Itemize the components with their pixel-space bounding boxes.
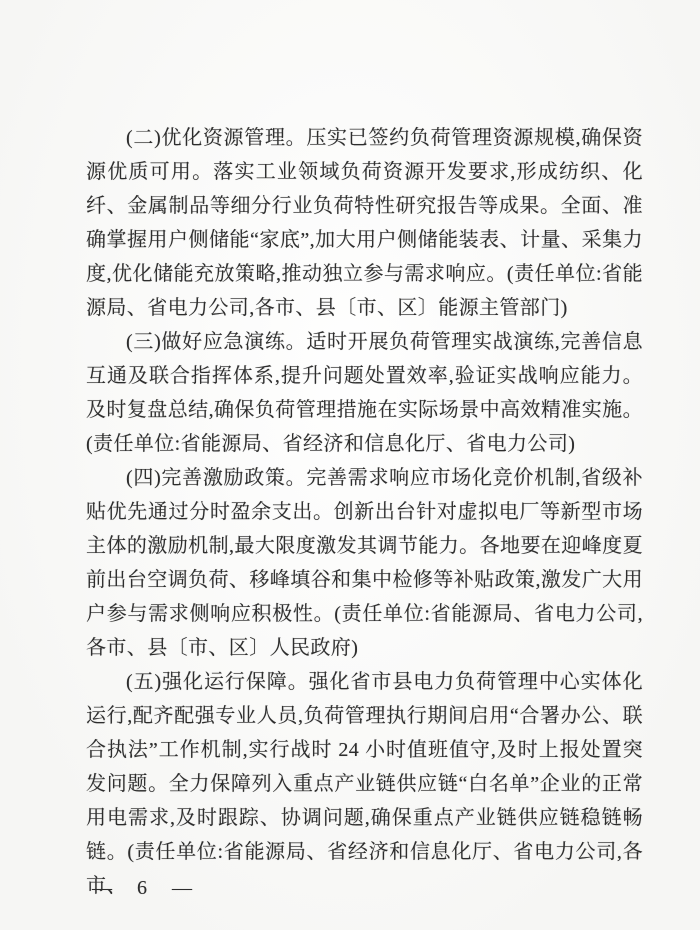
paragraph-optimize-resource-management: (二)优化资源管理。压实已签约负荷管理资源规模,确保资源优质可用。落实工业领域负…: [86, 121, 643, 325]
paragraph-incentive-policy: (四)完善激励政策。完善需求响应市场化竞价机制,省级补贴优先通过分时盈余支出。创…: [86, 461, 643, 665]
paragraph-operation-support: (五)强化运行保障。强化省市县电力负荷管理中心实体化运行,配齐配强专业人员,负荷…: [86, 665, 643, 903]
paragraph-emergency-drills: (三)做好应急演练。适时开展负荷管理实战演练,完善信息互通及联合指挥体系,提升问…: [86, 325, 643, 461]
document-page: (二)优化资源管理。压实已签约负荷管理资源规模,确保资源优质可用。落实工业领域负…: [0, 0, 700, 930]
page-number: — 6 —: [92, 874, 194, 902]
document-body: (二)优化资源管理。压实已签约负荷管理资源规模,确保资源优质可用。落实工业领域负…: [86, 121, 643, 903]
